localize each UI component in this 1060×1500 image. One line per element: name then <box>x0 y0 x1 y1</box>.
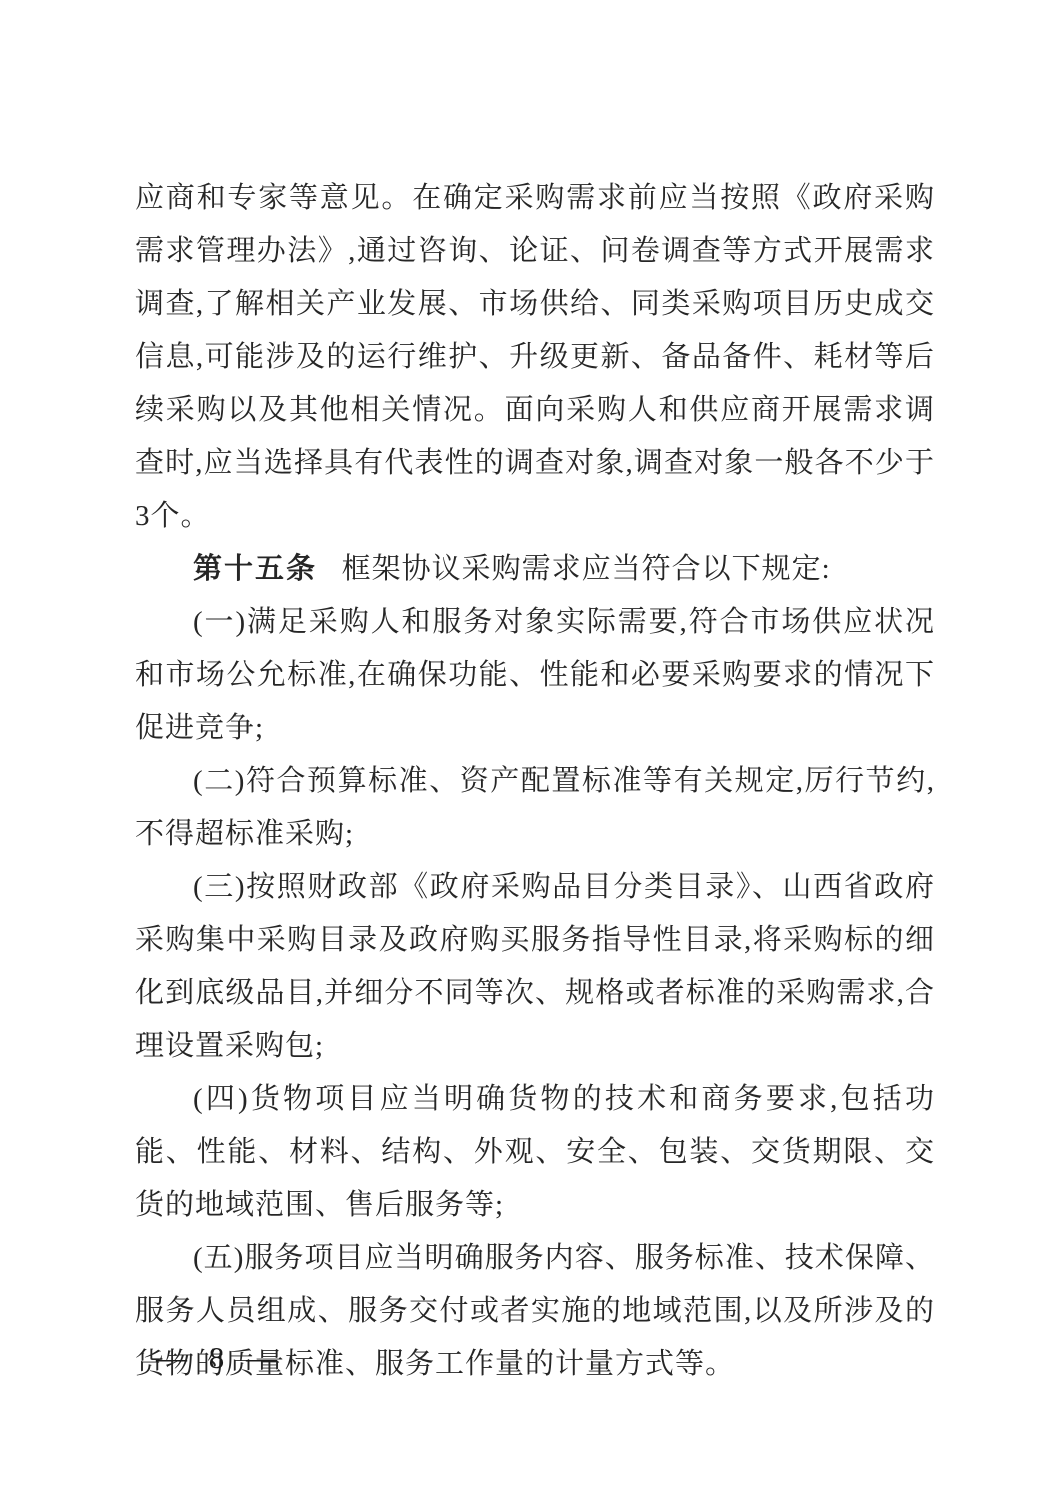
article-heading-text: 框架协议采购需求应当符合以下规定: <box>342 553 831 585</box>
document-body: 应商和专家等意见。在确定采购需求前应当按照《政府采购需求管理办法》,通过咨询、论… <box>135 172 935 1391</box>
paragraph-item-2: (二)符合预算标准、资产配置标准等有关规定,厉行节约,不得超标准采购; <box>135 755 935 861</box>
page-number: — 8 — <box>156 1338 284 1378</box>
paragraph-item-3: (三)按照财政部《政府采购品目分类目录》、山西省政府采购集中采购目录及政府购买服… <box>135 861 935 1073</box>
paragraph-continuation: 应商和专家等意见。在确定采购需求前应当按照《政府采购需求管理办法》,通过咨询、论… <box>135 172 935 543</box>
document-page: 应商和专家等意见。在确定采购需求前应当按照《政府采购需求管理办法》,通过咨询、论… <box>0 0 1060 1500</box>
paragraph-item-4: (四)货物项目应当明确货物的技术和商务要求,包括功能、性能、材料、结构、外观、安… <box>135 1073 935 1232</box>
paragraph-article-15: 第十五条框架协议采购需求应当符合以下规定: <box>135 543 935 596</box>
paragraph-item-1: (一)满足采购人和服务对象实际需要,符合市场供应状况和市场公允标准,在确保功能、… <box>135 596 935 755</box>
article-number-label: 第十五条 <box>193 553 317 585</box>
